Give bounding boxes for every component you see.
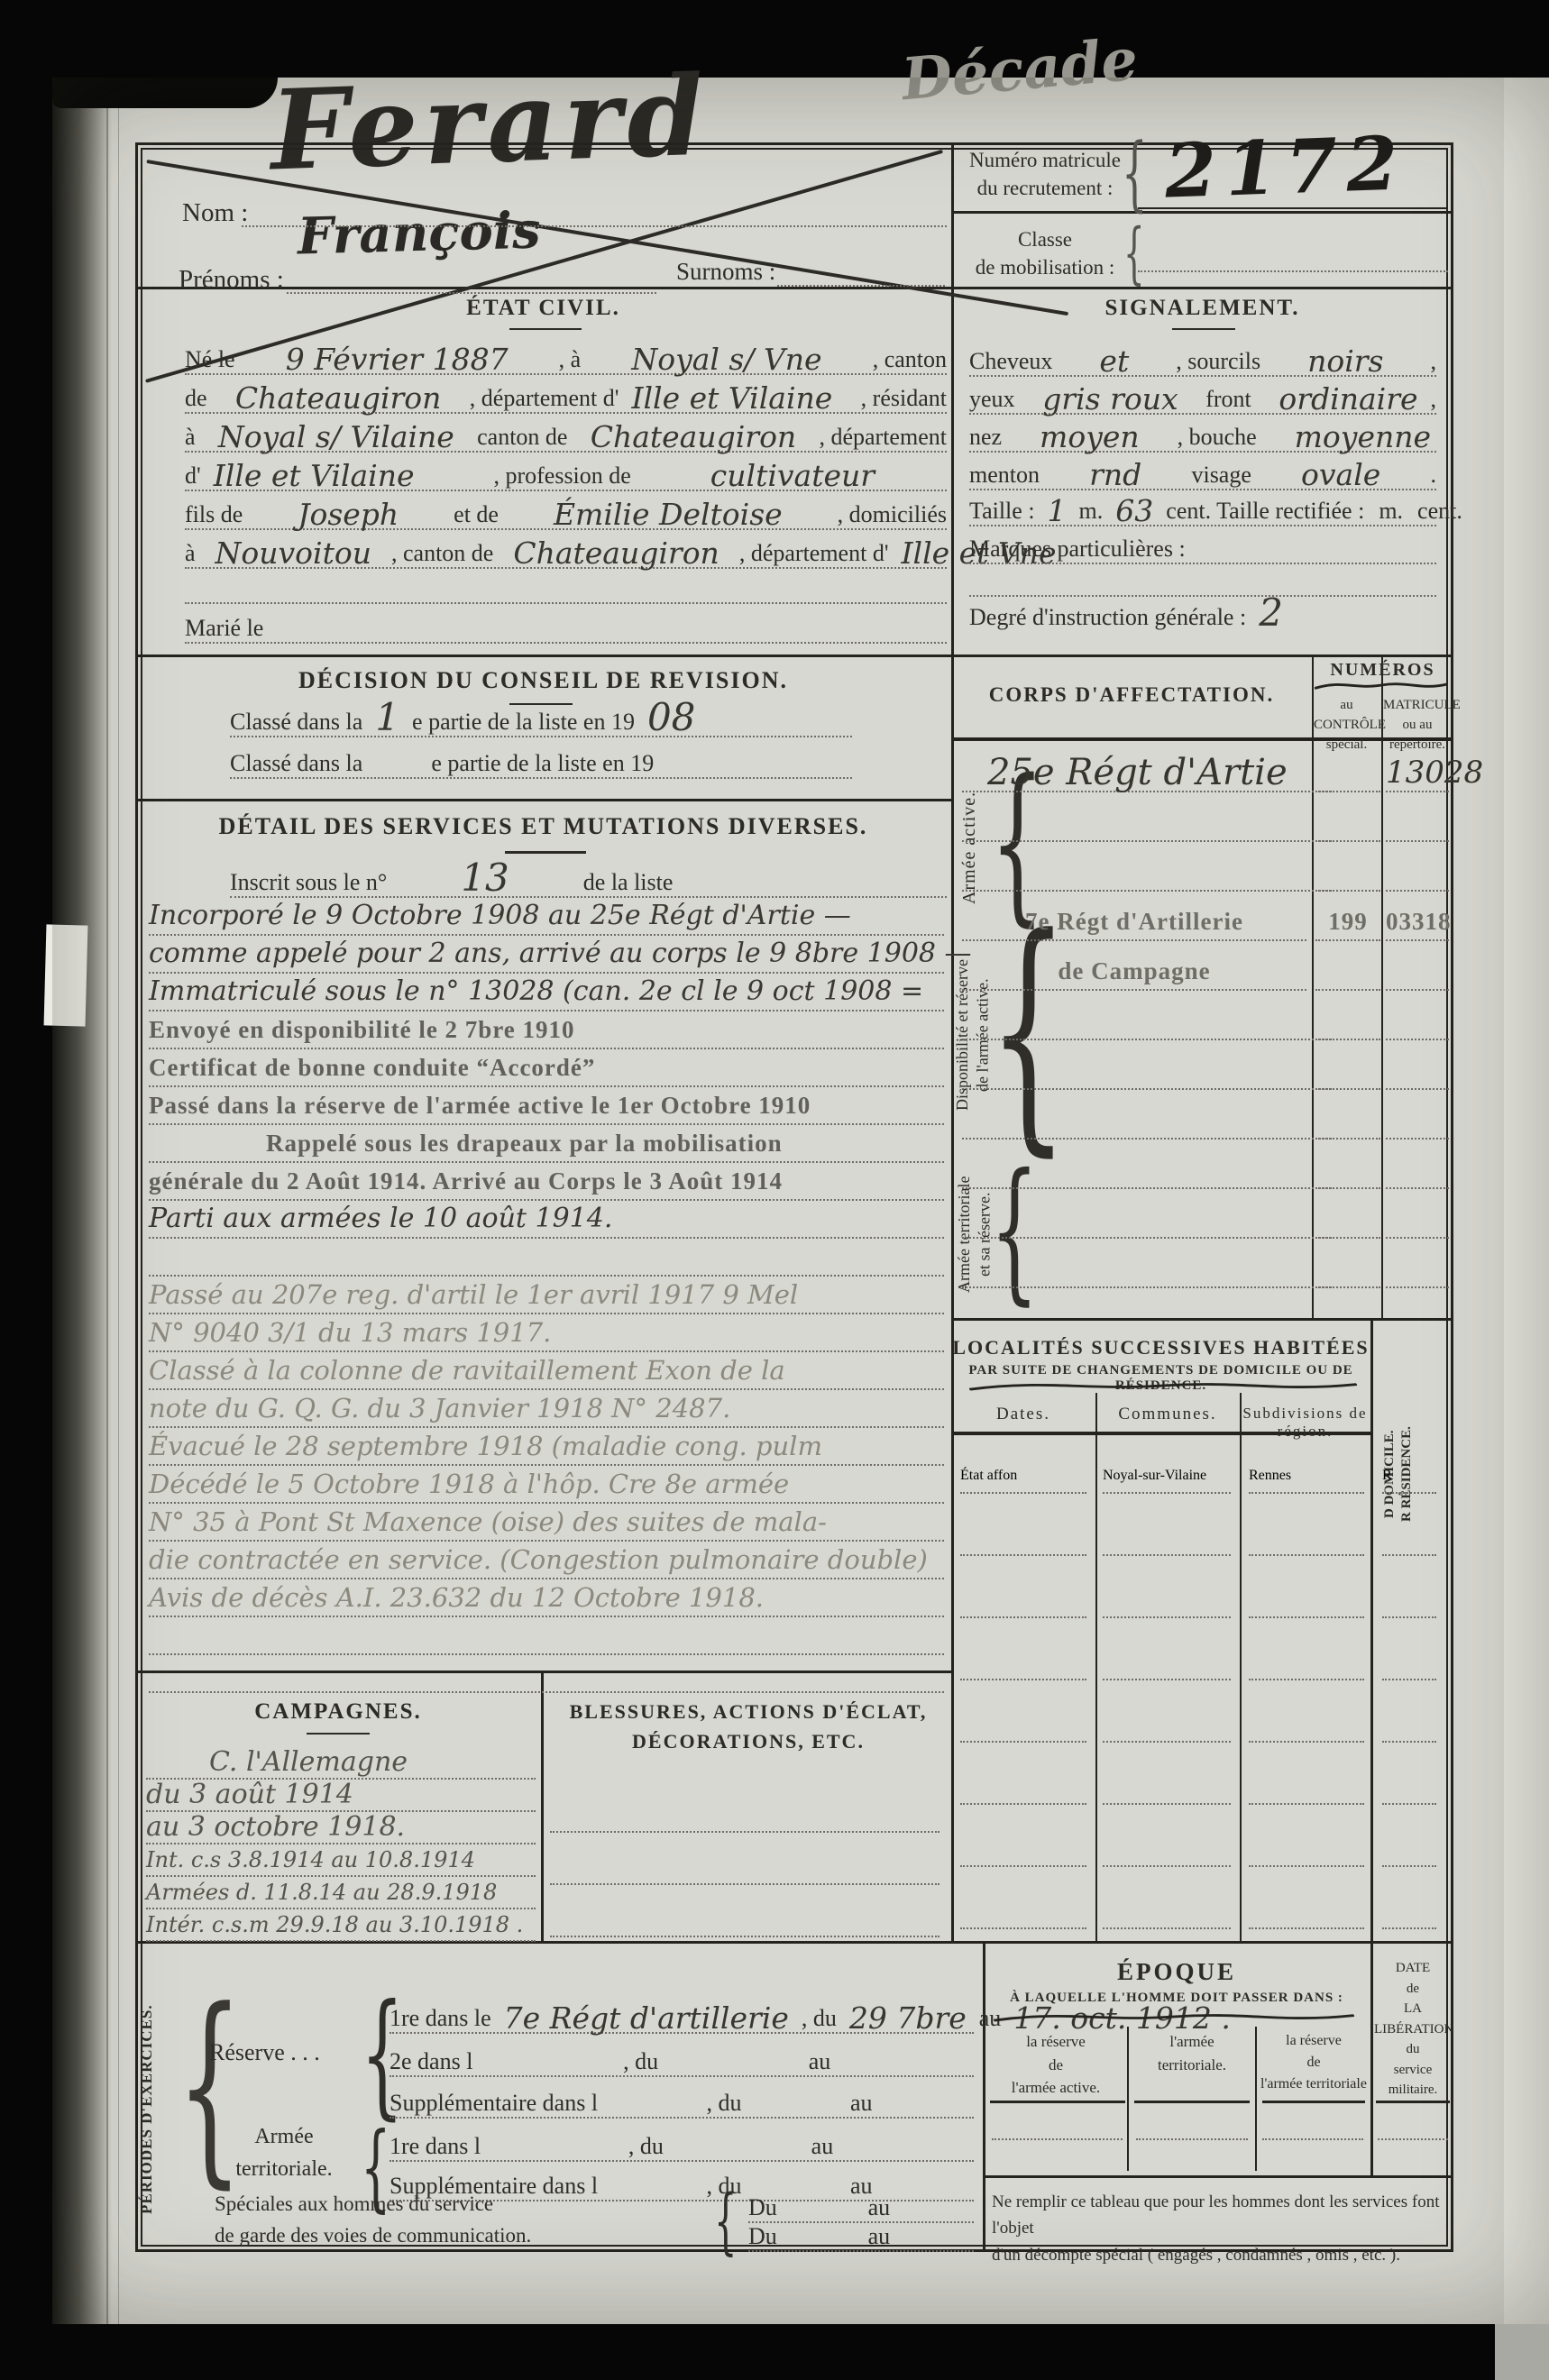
- etat-segment: à: [185, 542, 196, 565]
- liberation-date-column: DATE de LA LIBÉRATION du service militai…: [1374, 1958, 1452, 2101]
- service-history-line: Incorporé le 9 Octobre 1908 au 25e Régt …: [149, 898, 944, 936]
- etat-segment: , à: [559, 348, 582, 371]
- service-history-text: Avis de décès A.I. 23.632 du 12 Octobre …: [149, 1582, 764, 1613]
- blessures-blank-line: [550, 1780, 939, 1833]
- service-history-text: Décédé le 5 Octobre 1918 à l'hôp. Cre 8e…: [149, 1469, 789, 1499]
- matricule-cell: [1386, 1002, 1449, 1040]
- date-cell: [960, 1895, 1086, 1929]
- corps-cell: [962, 804, 1332, 842]
- etat-segment: , domiciliés: [838, 503, 947, 526]
- service-history-line: Classé à la colonne de ravitaillement Ex…: [149, 1352, 944, 1390]
- signalement-segment: et: [1099, 346, 1129, 376]
- signalement-segment: m.: [1379, 499, 1403, 523]
- etat-segment: 9 Février 1887: [286, 344, 509, 374]
- date-cell: [960, 1708, 1086, 1743]
- service-history-line: [149, 1617, 944, 1655]
- controle-cell: [1315, 1201, 1380, 1239]
- decision-segment: 1: [375, 699, 399, 737]
- divider: [135, 654, 1453, 657]
- speciales-period-1: Duau: [748, 2189, 974, 2223]
- shadow-top: [52, 78, 278, 108]
- etat-segment: cultivateur: [710, 461, 875, 490]
- corps-table-row: [951, 1242, 1453, 1292]
- service-history-line: note du G. Q. G. du 3 Janvier 1918 N° 24…: [149, 1390, 944, 1428]
- controle-cell: 199: [1315, 903, 1380, 941]
- localites-row: [951, 1748, 1453, 1810]
- domicile-residence-cell: [1382, 1833, 1436, 1867]
- corps-table: 25e Régt d'Artie 13028 7e Régt d'Artille…: [951, 746, 1453, 1292]
- classe-blank-line: [1138, 270, 1448, 272]
- campagne-line: Armées d. 11.8.14 au 28.9.1918: [146, 1877, 536, 1909]
- service-history-text: Certificat de bonne conduite “Accordé”: [149, 1054, 595, 1081]
- date-cell: [960, 1522, 1086, 1556]
- period-segment: 2e dans l: [390, 2050, 472, 2073]
- signalement-segment: , bouche: [1178, 426, 1257, 449]
- corps-cell: [962, 1151, 1332, 1189]
- date-cell: État affon: [960, 1460, 1086, 1494]
- reserve-label: Réserve . . .: [209, 2039, 320, 2066]
- etat-segment: Chateaugiron: [591, 422, 796, 452]
- signalement-segment: Cheveux: [969, 350, 1052, 373]
- page-edge-band: [1504, 78, 1549, 2324]
- scanned-military-register-page: Décade Ferard François Nom : Prénoms : S…: [0, 0, 1549, 2380]
- domicile-residence-cell: [1382, 1771, 1436, 1805]
- divider: [1376, 2101, 1450, 2103]
- service-history-line: Passé dans la réserve de l'armée active …: [149, 1087, 944, 1125]
- dates-header: Dates.: [951, 1405, 1095, 1424]
- corps-title: CORPS D'AFFECTATION.: [956, 683, 1307, 707]
- subdivisions-header: Subdivisions de région.: [1240, 1405, 1370, 1441]
- localites-row: [951, 1499, 1453, 1561]
- signalement-segment: moyenne: [1295, 422, 1431, 452]
- campagne-text: C. l'Allemagne: [209, 1746, 408, 1778]
- signalement-segment: yeux: [969, 388, 1015, 411]
- controle-cell: [1315, 1102, 1380, 1140]
- decision-row: Classé dans lae partie de la liste en 19: [230, 737, 852, 779]
- campagne-text: Int. c.s 3.8.1914 au 10.8.1914: [146, 1847, 475, 1872]
- epoque-col-reserve-active: la réserve de l'armée active.: [987, 2030, 1124, 2100]
- signalement-row: Marques particulières :: [969, 526, 1436, 564]
- communes-header: Communes.: [1095, 1405, 1240, 1424]
- commune-cell: [1103, 1646, 1231, 1680]
- etat-segment: Né le: [185, 348, 235, 371]
- period-segment: Supplémentaire dans l: [390, 2092, 598, 2115]
- page-crease: [106, 78, 108, 2324]
- service-history-text: générale du 2 Août 1914. Arrivé au Corps…: [149, 1167, 783, 1195]
- campagnes-title: CAMPAGNES.: [135, 1699, 541, 1725]
- matricule-label: Numéro matricule du recrutement :: [961, 146, 1129, 202]
- etat-segment: , canton: [873, 348, 947, 371]
- signalement-segment: 2: [1259, 594, 1283, 632]
- etat-row: [185, 568, 947, 604]
- etat-segment: , canton de: [391, 542, 493, 565]
- matricule-cell: [1386, 804, 1449, 842]
- matricule-cell: [1386, 854, 1449, 892]
- signalement-title: SIGNALEMENT.: [951, 296, 1453, 321]
- campagne-line: C. l'Allemagne: [146, 1747, 536, 1780]
- etat-row: deChateaugiron, département d'Ille et Vi…: [185, 374, 947, 414]
- signalement-segment: ordinaire: [1279, 384, 1417, 414]
- numeros-brace: [1315, 680, 1448, 691]
- commune-cell: [1103, 1895, 1231, 1929]
- campagnes-lines: C. l'Allemagnedu 3 août 1914au 3 octobre…: [146, 1747, 536, 1942]
- period-segment: au: [809, 2050, 831, 2073]
- period-segment: au: [811, 2135, 834, 2158]
- divider: [983, 1941, 985, 2249]
- corps-cell: [962, 1052, 1332, 1090]
- service-history-line: Évacué le 28 septembre 1918 (maladie con…: [149, 1428, 944, 1466]
- title-dash: [509, 328, 582, 330]
- surnoms-label: Surnoms :: [676, 258, 775, 286]
- campagne-line: du 3 août 1914: [146, 1780, 536, 1812]
- service-history-line: Décédé le 5 Octobre 1918 à l'hôp. Cre 8e…: [149, 1466, 944, 1504]
- period-segment: 29 7bre: [849, 2003, 967, 2033]
- controle-cell: [1315, 755, 1380, 792]
- epoque-subtitle: À LAQUELLE L'HOMME DOIT PASSER DANS :: [983, 1991, 1370, 2006]
- signalement-segment: gris roux: [1042, 384, 1178, 414]
- etat-segment: Marié le: [185, 617, 263, 640]
- localites-title: LOCALITÉS SUCCESSIVES HABITÉES: [951, 1336, 1370, 1359]
- speciales-period-2: Duau: [748, 2221, 974, 2252]
- service-history-line: générale du 2 Août 1914. Arrivé au Corps…: [149, 1163, 944, 1201]
- etat-segment: Nouvoitou: [215, 538, 371, 568]
- corps-cell: [962, 1002, 1332, 1040]
- inscrit-row: Inscrit sous le n°13de la liste: [230, 855, 947, 898]
- epoque-title: ÉPOQUE: [983, 1958, 1370, 1986]
- service-history-line: Rappelé sous les drapeaux par la mobilis…: [149, 1125, 944, 1163]
- decision-segment: Classé dans la: [230, 710, 362, 734]
- localites-row: [951, 1624, 1453, 1686]
- brace-icon: {: [1123, 220, 1145, 287]
- corps-cell: 7e Régt d'Artillerie: [962, 903, 1306, 941]
- subdivision-cell: [1249, 1895, 1364, 1929]
- signalement-segment: , sourcils: [1176, 350, 1260, 373]
- localites-row: [951, 1872, 1453, 1935]
- period-segment: au: [850, 2092, 873, 2115]
- corps-table-row: [951, 1094, 1453, 1143]
- reserve-period-2: 2e dans l, duau: [390, 2036, 974, 2077]
- domicile-residence-cell: [1382, 1895, 1436, 1929]
- signalement-row: Degré d'instruction générale :2: [969, 593, 1436, 631]
- blessures-lines: [550, 1780, 939, 1937]
- controle-cell: [1315, 1250, 1380, 1288]
- etat-segment: à: [185, 426, 196, 449]
- service-history-line: [149, 1655, 944, 1693]
- reserve-period-1: 1re dans le7e Régt d'artillerie, du29 7b…: [390, 1992, 974, 2034]
- decision-segment: e partie de la liste en 19: [431, 752, 654, 775]
- signalement-segment: visage: [1191, 463, 1251, 487]
- localites-table: État affon Noyal-sur-Vilaine Rennes R: [951, 1437, 1453, 1935]
- corps-table-row: [951, 1193, 1453, 1242]
- title-dash: [307, 1733, 370, 1735]
- period-segment: , du: [707, 2092, 742, 2115]
- service-history-line: N° 9040 3/1 du 13 mars 1917.: [149, 1314, 944, 1352]
- service-history-text: Immatriculé sous le n° 13028 (can. 2e cl…: [149, 975, 923, 1007]
- signalement-segment: rnd: [1089, 460, 1141, 490]
- numeros-header: NUMÉROS: [1312, 660, 1453, 681]
- localites-row: [951, 1561, 1453, 1624]
- etat-segment: , département d': [739, 542, 889, 565]
- signalement-segment: Degré d'instruction générale :: [969, 606, 1246, 629]
- etat-segment: canton de: [477, 426, 567, 449]
- page-crease: [118, 78, 119, 2324]
- service-history-text: die contractée en service. (Congestion p…: [149, 1544, 928, 1575]
- service-history-line: comme appelé pour 2 ans, arrivé au corps…: [149, 936, 944, 974]
- etat-row-marie: Marié le: [185, 604, 947, 644]
- localites-brace: [969, 1379, 1357, 1392]
- campagne-line: Intér. c.s.m 29.9.18 au 3.10.1918 .: [146, 1909, 536, 1942]
- etat-segment: de: [185, 387, 207, 410]
- etat-segment: et de: [454, 503, 499, 526]
- corps-table-row: [951, 1044, 1453, 1094]
- title-dash: [1172, 328, 1235, 330]
- commune-cell: [1103, 1771, 1231, 1805]
- signalement-row: [969, 563, 1436, 597]
- paper-slip: [44, 924, 88, 1026]
- divider: [1255, 2027, 1257, 2171]
- service-history-line: Envoyé en disponibilité le 2 7bre 1910: [149, 1011, 944, 1049]
- localites-row: État affon Noyal-sur-Vilaine Rennes R: [951, 1437, 1453, 1499]
- date-cell: [960, 1584, 1086, 1618]
- inscrit-segment: de la liste: [583, 871, 674, 894]
- signalement-segment: ,: [1431, 388, 1437, 411]
- service-history-line: Passé au 207e reg. d'artil le 1er avril …: [149, 1277, 944, 1314]
- epoque-footnote: Ne remplir ce tableau que pour les homme…: [992, 2189, 1447, 2268]
- controle-cell: [1315, 1002, 1380, 1040]
- divider: [1127, 2027, 1129, 2171]
- divider: [1262, 2101, 1365, 2103]
- signalement-segment: cent.: [1417, 499, 1462, 523]
- prenoms-label: Prénoms :: [179, 265, 284, 295]
- controle-cell: [1315, 1052, 1380, 1090]
- territoriale-period-1: 1re dans l, duau: [390, 2120, 974, 2162]
- domicile-residence-cell: [1382, 1584, 1436, 1618]
- subdivision-cell: [1249, 1708, 1364, 1743]
- signalement-segment: Taille :: [969, 499, 1035, 523]
- corps-table-row: 7e Régt d'Artillerie 199 03318: [951, 895, 1453, 945]
- decision-row: Classé dans la1e partie de la liste en 1…: [230, 696, 852, 737]
- service-history-line: Immatriculé sous le n° 13028 (can. 2e cl…: [149, 974, 944, 1011]
- service-history-text: Parti aux armées le 10 août 1914.: [149, 1203, 612, 1234]
- service-history-text: Passé dans la réserve de l'armée active …: [149, 1092, 811, 1119]
- subdivision-cell: Rennes: [1249, 1460, 1364, 1494]
- signalement-segment: ovale: [1301, 460, 1380, 490]
- signalement-segment: nez: [969, 426, 1002, 449]
- commune-cell: [1103, 1522, 1231, 1556]
- service-history-line: N° 35 à Pont St Maxence (oise) des suite…: [149, 1504, 944, 1542]
- signalement-segment: 63: [1115, 496, 1153, 526]
- subdivision-cell: [1249, 1646, 1364, 1680]
- etat-segment: Chateaugiron: [235, 383, 441, 413]
- signalement-segment: 1: [1048, 496, 1067, 526]
- divider: [1134, 2101, 1250, 2103]
- services-title: DÉTAIL DES SERVICES ET MUTATIONS DIVERSE…: [135, 813, 951, 840]
- controle-cell: [1315, 804, 1380, 842]
- epoque-blank: [1262, 2138, 1363, 2140]
- service-history-text: Évacué le 28 septembre 1918 (maladie con…: [149, 1431, 822, 1461]
- matricule-cell: [1386, 1102, 1449, 1140]
- signalement-segment: .: [1430, 463, 1436, 487]
- etat-segment: Ille et Vilaine: [631, 383, 832, 413]
- localites-row: [951, 1686, 1453, 1748]
- period-segment: , du: [802, 2007, 837, 2030]
- date-cell: [960, 1833, 1086, 1867]
- etat-civil-title: ÉTAT CIVIL.: [135, 296, 951, 321]
- signalement-segment: m.: [1079, 499, 1104, 523]
- service-history-line: Certificat de bonne conduite “Accordé”: [149, 1049, 944, 1087]
- etat-row: àNoyal s/ Vilainecanton deChateaugiron, …: [185, 413, 947, 453]
- epoque-blank: [992, 2138, 1123, 2140]
- service-history-text: N° 9040 3/1 du 13 mars 1917.: [149, 1317, 551, 1348]
- service-history-text: Incorporé le 9 Octobre 1908 au 25e Régt …: [149, 900, 851, 931]
- prenoms-line: [287, 251, 656, 294]
- matricule-cell: 13028: [1386, 755, 1449, 792]
- divider: [1370, 1941, 1373, 2177]
- period-segment: Du: [748, 2196, 777, 2220]
- subdivision-cell: [1249, 1522, 1364, 1556]
- period-segment: , du: [623, 2050, 658, 2073]
- period-segment: 1re dans l: [390, 2135, 481, 2158]
- service-history-text: Classé à la colonne de ravitaillement Ex…: [149, 1355, 785, 1386]
- reserve-period-supp: Supplémentaire dans l, duau: [390, 2077, 974, 2119]
- etat-row: Né le9 Février 1887, àNoyal s/ Vne, cant…: [185, 335, 947, 375]
- etat-row: àNouvoitou, canton deChateaugiron, dépar…: [185, 529, 947, 569]
- territoriale-label: Armée territoriale.: [216, 2120, 352, 2185]
- service-history-text: note du G. Q. G. du 3 Janvier 1918 N° 24…: [149, 1393, 730, 1423]
- etat-segment: , département d': [470, 387, 619, 410]
- campagne-line: Int. c.s 3.8.1914 au 10.8.1914: [146, 1844, 536, 1877]
- etat-row: d'Ille et Vilaine, profession decultivat…: [185, 452, 947, 491]
- commune-cell: [1103, 1708, 1231, 1743]
- divider: [135, 799, 954, 801]
- service-history-text: N° 35 à Pont St Maxence (oise) des suite…: [149, 1506, 827, 1537]
- subdivision-cell: [1249, 1771, 1364, 1805]
- signalement-segment: cent. Taille rectifiée :: [1166, 499, 1364, 523]
- divider: [990, 2101, 1125, 2103]
- brace-icon: {: [714, 2185, 737, 2257]
- nom-line: [242, 182, 947, 227]
- period-segment: au: [868, 2196, 891, 2220]
- inscrit-segment: 13: [461, 859, 509, 897]
- corps-cell: [962, 1201, 1332, 1239]
- controle-cell: [1315, 1151, 1380, 1189]
- etat-segment: Noyal s/ Vne: [631, 344, 821, 374]
- epoque-col-territoriale: l'armée territoriale.: [1131, 2030, 1253, 2076]
- book-spine: [52, 78, 112, 2324]
- epoque-blank: [1136, 2138, 1248, 2140]
- corps-cell: [962, 1102, 1332, 1140]
- corps-table-row: [951, 846, 1453, 895]
- service-history-line: Parti aux armées le 10 août 1914.: [149, 1201, 944, 1239]
- blessures-title: BLESSURES, ACTIONS D'ÉCLAT, DÉCORATIONS,…: [545, 1697, 951, 1756]
- etat-segment: , département: [819, 426, 947, 449]
- service-history-line: [149, 1239, 944, 1277]
- epoque-blank: [1378, 2138, 1448, 2140]
- service-history-line: Avis de décès A.I. 23.632 du 12 Octobre …: [149, 1579, 944, 1617]
- blessures-blank-line: [550, 1885, 939, 1937]
- title-dash: [505, 851, 586, 854]
- matricule-cell: [1386, 953, 1449, 991]
- etat-segment: , profession de: [493, 464, 630, 488]
- decision-segment: 08: [647, 699, 695, 737]
- date-cell: [960, 1646, 1086, 1680]
- service-history-text: comme appelé pour 2 ans, arrivé au corps…: [149, 938, 972, 969]
- signalement-segment: moyen: [1040, 422, 1140, 452]
- etat-segment: fils de: [185, 503, 243, 526]
- nom-label: Nom :: [182, 198, 248, 228]
- commune-cell: Noyal-sur-Vilaine: [1103, 1460, 1231, 1494]
- signalement-row: Cheveuxet, sourcilsnoirs,: [969, 339, 1436, 377]
- matricule-cell: 03318: [1386, 903, 1449, 941]
- corps-table-row: 25e Régt d'Artie 13028: [951, 746, 1453, 796]
- decision-segment: e partie de la liste en 19: [412, 710, 635, 734]
- decision-segment: Classé dans la: [230, 752, 362, 775]
- etat-segment: Chateaugiron: [513, 538, 719, 568]
- etat-segment: , résidant: [861, 387, 947, 410]
- localites-row: [951, 1810, 1453, 1872]
- subdivision-cell: [1249, 1584, 1364, 1618]
- etat-row: fils deJosephet deÉmilie Deltoise, domic…: [185, 490, 947, 530]
- service-history-text: Envoyé en disponibilité le 2 7bre 1910: [149, 1016, 575, 1043]
- matricule-cell: [1386, 1201, 1449, 1239]
- blessures-blank-line: [550, 1833, 939, 1885]
- signalement-row: Taille :1m.63cent. Taille rectifiée :m.c…: [969, 489, 1436, 526]
- signalement-row: nezmoyen, bouchemoyenne: [969, 415, 1436, 453]
- campagne-line: au 3 octobre 1918.: [146, 1812, 536, 1844]
- etat-segment: Émilie Deltoise: [554, 499, 783, 529]
- matricule-cell: [1386, 1151, 1449, 1189]
- etat-segment: Noyal s/ Vilaine: [218, 422, 454, 452]
- corps-table-row: [951, 994, 1453, 1044]
- domicile-residence-cell: R: [1382, 1460, 1436, 1494]
- campagne-text: Intér. c.s.m 29.9.18 au 3.10.1918 .: [146, 1912, 523, 1937]
- speciales-label: Spéciales aux hommes du service de garde…: [215, 2189, 701, 2251]
- domicile-residence-cell: [1382, 1646, 1436, 1680]
- corps-cell: [962, 854, 1332, 892]
- service-history-text: Passé au 207e reg. d'artil le 1er avril …: [149, 1279, 798, 1310]
- brace-icon: {: [1122, 133, 1148, 215]
- page-corner: [1495, 2324, 1549, 2380]
- service-history-lines: Incorporé le 9 Octobre 1908 au 25e Régt …: [149, 898, 944, 1693]
- controle-cell: [1315, 854, 1380, 892]
- matricule-cell: [1386, 1052, 1449, 1090]
- period-segment: 7e Régt d'artillerie: [504, 2003, 789, 2033]
- corps-cell: [962, 1250, 1332, 1288]
- etat-segment: Ille et Vilaine: [214, 461, 415, 490]
- decision-title: DÉCISION DU CONSEIL DE REVISION.: [135, 667, 951, 694]
- signalement-row: yeuxgris rouxfrontordinaire,: [969, 377, 1436, 415]
- corps-table-row: [951, 796, 1453, 846]
- signalement-segment: ,: [1431, 350, 1437, 373]
- matricule-number: 2172: [1163, 120, 1407, 215]
- service-history-line: die contractée en service. (Congestion p…: [149, 1542, 944, 1579]
- campagne-text: Armées d. 11.8.14 au 28.9.1918: [146, 1880, 497, 1905]
- epoque-brace: [994, 2010, 1354, 2023]
- domicile-residence-cell: [1382, 1708, 1436, 1743]
- classe-label: Classe de mobilisation :: [961, 225, 1129, 281]
- epoque-col-reserve-territoriale: la réserve de l'armée territoriale: [1259, 2030, 1369, 2095]
- date-cell: [960, 1771, 1086, 1805]
- signalement-segment: Marques particulières :: [969, 537, 1186, 561]
- corps-cell: de Campagne: [962, 953, 1306, 991]
- campagne-text: du 3 août 1914: [146, 1779, 353, 1810]
- commune-cell: [1103, 1833, 1231, 1867]
- signalement-segment: menton: [969, 463, 1040, 487]
- signalement-row: mentonrndvisageovale.: [969, 453, 1436, 490]
- etat-segment: Joseph: [298, 499, 399, 529]
- service-history-text: Rappelé sous les drapeaux par la mobilis…: [266, 1130, 783, 1157]
- signalement-segment: noirs: [1307, 346, 1383, 376]
